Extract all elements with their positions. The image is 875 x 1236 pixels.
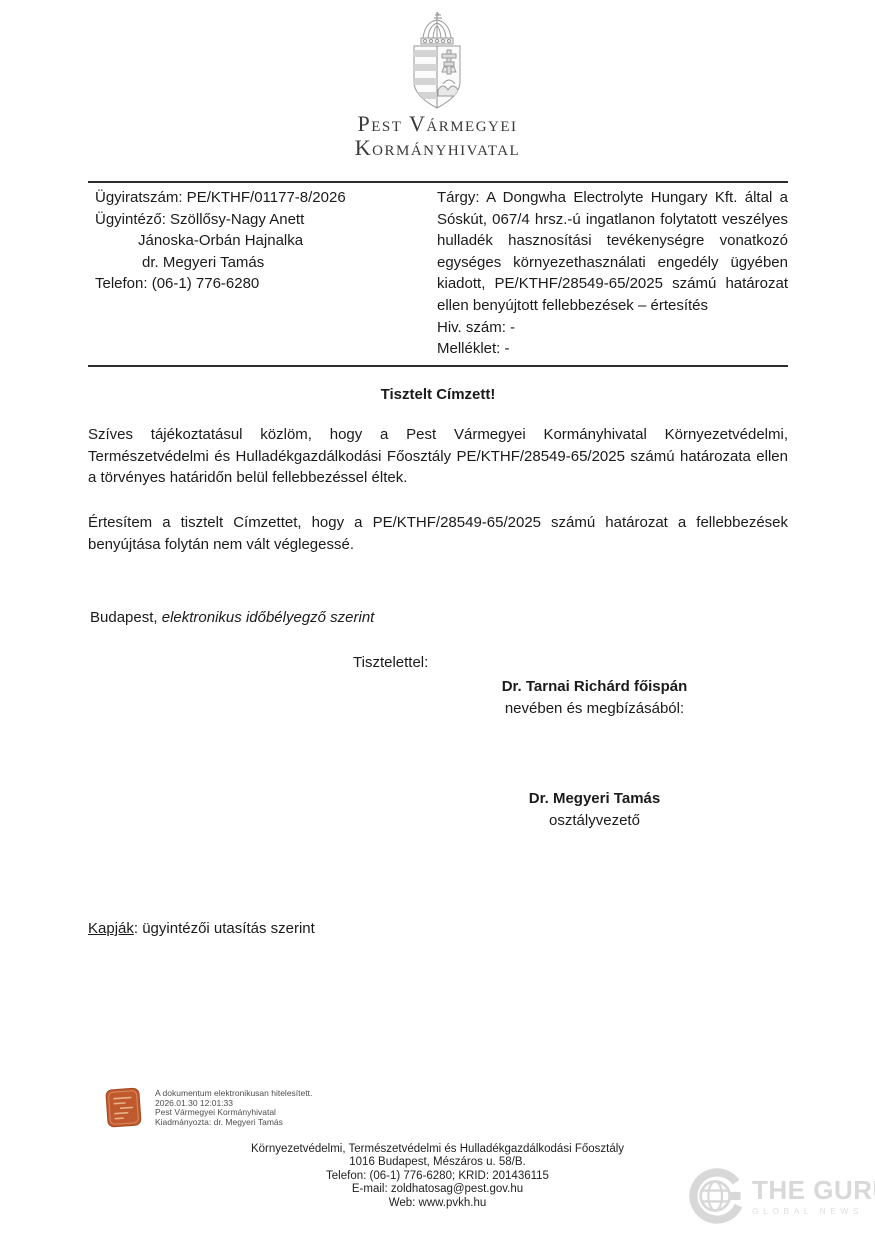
case-header-block: Ügyiratszám: PE/KTHF/01177-8/2026 Ügyint… [88, 181, 788, 367]
footer-department: Környezetvédelmi, Természetvédelmi és Hu… [0, 1143, 875, 1156]
org-name-line1: Pest Vármegyei [0, 112, 875, 136]
signature-block-2: Dr. Megyeri Tamás osztályvezető [397, 788, 792, 832]
signer-1-note: nevében és megbízásából: [397, 698, 792, 720]
reference-number: Hiv. szám: - [437, 317, 788, 339]
date-line: Budapest, elektronikus időbélyegző szeri… [90, 609, 374, 626]
closing-salutation: Tisztelettel: [353, 654, 428, 671]
stamp-line-4: Kiadmányozta: dr. Megyeri Tamás [155, 1118, 312, 1128]
signer-1-name: Dr. Tarnai Richárd főispán [397, 676, 792, 698]
case-header-left: Ügyiratszám: PE/KTHF/01177-8/2026 Ügyint… [88, 187, 433, 360]
hungarian-coat-of-arms-icon [404, 10, 470, 112]
body-paragraph-1: Szíves tájékoztatásul közlöm, hogy a Pes… [88, 424, 788, 489]
org-name-line2: Kormányhivatal [0, 136, 875, 160]
document-page: Pest Vármegyei Kormányhivatal Ügyiratszá… [0, 0, 875, 1236]
case-officer-2: Jánoska-Orbán Hajnalka [95, 230, 433, 252]
news-watermark: THE GURU GLOBAL NEWS [688, 1157, 870, 1235]
signer-2-name: Dr. Megyeri Tamás [397, 788, 792, 810]
case-subject: Tárgy: A Dongwha Electrolyte Hungary Kft… [437, 187, 788, 317]
body-paragraph-2: Értesítem a tisztelt Címzettet, hogy a P… [88, 512, 788, 555]
signer-2-title: osztályvezető [397, 810, 792, 832]
attachment: Melléklet: - [437, 338, 788, 360]
date-note: elektronikus időbélyegző szerint [162, 609, 375, 626]
distribution-value: : ügyintézői utasítás szerint [134, 920, 315, 937]
electronic-stamp: A dokumentum elektronikusan hitelesített… [104, 1084, 312, 1132]
electronic-seal-icon [104, 1084, 146, 1132]
watermark-text: THE GURU GLOBAL NEWS [752, 1177, 875, 1216]
letterhead-org-name: Pest Vármegyei Kormányhivatal [0, 112, 875, 160]
stamp-text: A dokumentum elektronikusan hitelesített… [155, 1084, 312, 1127]
case-phone: Telefon: (06-1) 776-6280 [95, 273, 433, 295]
signature-block-1: Dr. Tarnai Richárd főispán nevében és me… [397, 676, 792, 720]
distribution-label: Kapják [88, 920, 134, 937]
the-guru-globe-g-logo-icon [688, 1167, 746, 1225]
watermark-title: THE GURU [752, 1177, 875, 1203]
watermark-subtitle: GLOBAL NEWS [752, 1206, 875, 1216]
distribution-line: Kapják: ügyintézői utasítás szerint [88, 920, 315, 937]
date-place: Budapest, [90, 609, 158, 626]
salutation: Tisztelt Címzett! [88, 386, 788, 403]
case-header-right: Tárgy: A Dongwha Electrolyte Hungary Kft… [437, 187, 788, 360]
file-number: Ügyiratszám: PE/KTHF/01177-8/2026 [95, 187, 433, 209]
case-officer-3: dr. Megyeri Tamás [95, 252, 433, 274]
case-officer: Ügyintéző: Szöllősy-Nagy Anett [95, 209, 433, 231]
